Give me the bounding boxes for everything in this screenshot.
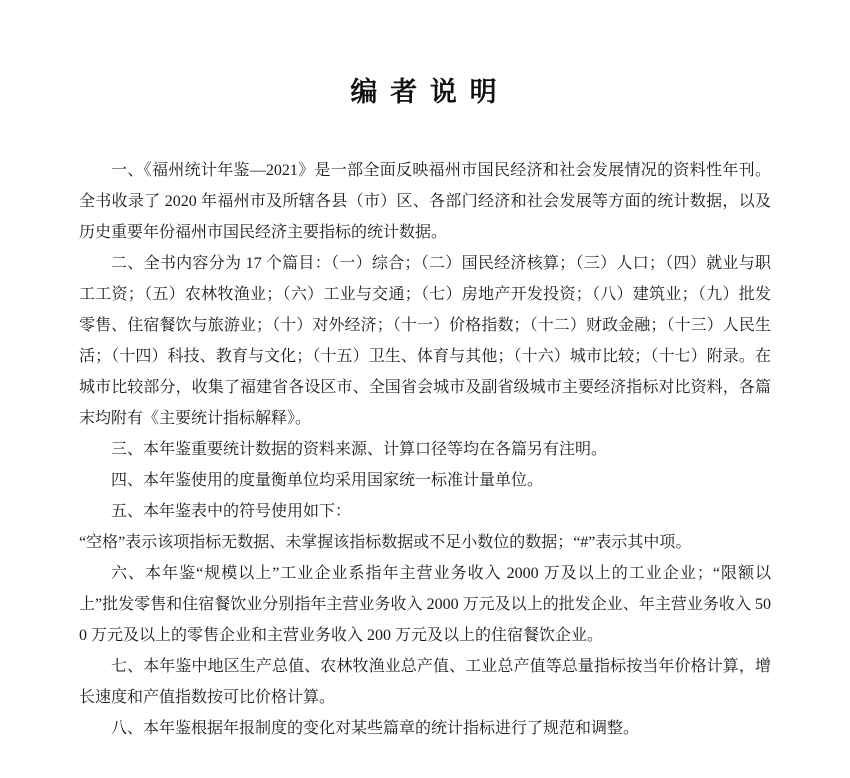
symbol-explanation-paragraph: “空格”表示该项指标无数据、未掌握该指标数据或不足小数位的数据；“#”表示其中项…	[79, 527, 771, 558]
editor-note-paragraph-3: 三、本年鉴重要统计数据的资料来源、计算口径等均在各篇另有注明。	[79, 434, 771, 465]
editor-note-paragraph-2: 二、全书内容分为 17 个篇目：（一）综合；（二）国民经济核算；（三）人口；（四…	[79, 248, 771, 434]
editor-note-paragraph-1: 一、《福州统计年鉴—2021》是一部全面反映福州市国民经济和社会发展情况的资料性…	[79, 155, 771, 248]
editor-note-paragraph-7: 七、本年鉴中地区生产总值、农林牧渔业总产值、工业总产值等总量指标按当年价格计算，…	[79, 651, 771, 713]
editor-note-paragraph-8: 八、本年鉴根据年报制度的变化对某些篇章的统计指标进行了规范和调整。	[79, 713, 771, 744]
yearbook-editor-notes-page: 编 者 说 明 一、《福州统计年鉴—2021》是一部全面反映福州市国民经济和社会…	[0, 0, 850, 778]
editor-note-paragraph-5: 五、本年鉴表中的符号使用如下：	[79, 496, 771, 527]
page-body: 一、《福州统计年鉴—2021》是一部全面反映福州市国民经济和社会发展情况的资料性…	[79, 155, 771, 744]
editor-note-paragraph-6: 六、本年鉴“规模以上”工业企业系指年主营业务收入 2000 万及以上的工业企业；…	[79, 558, 771, 651]
editor-note-paragraph-4: 四、本年鉴使用的度量衡单位均采用国家统一标准计量单位。	[79, 465, 771, 496]
page-title: 编 者 说 明	[0, 70, 850, 109]
